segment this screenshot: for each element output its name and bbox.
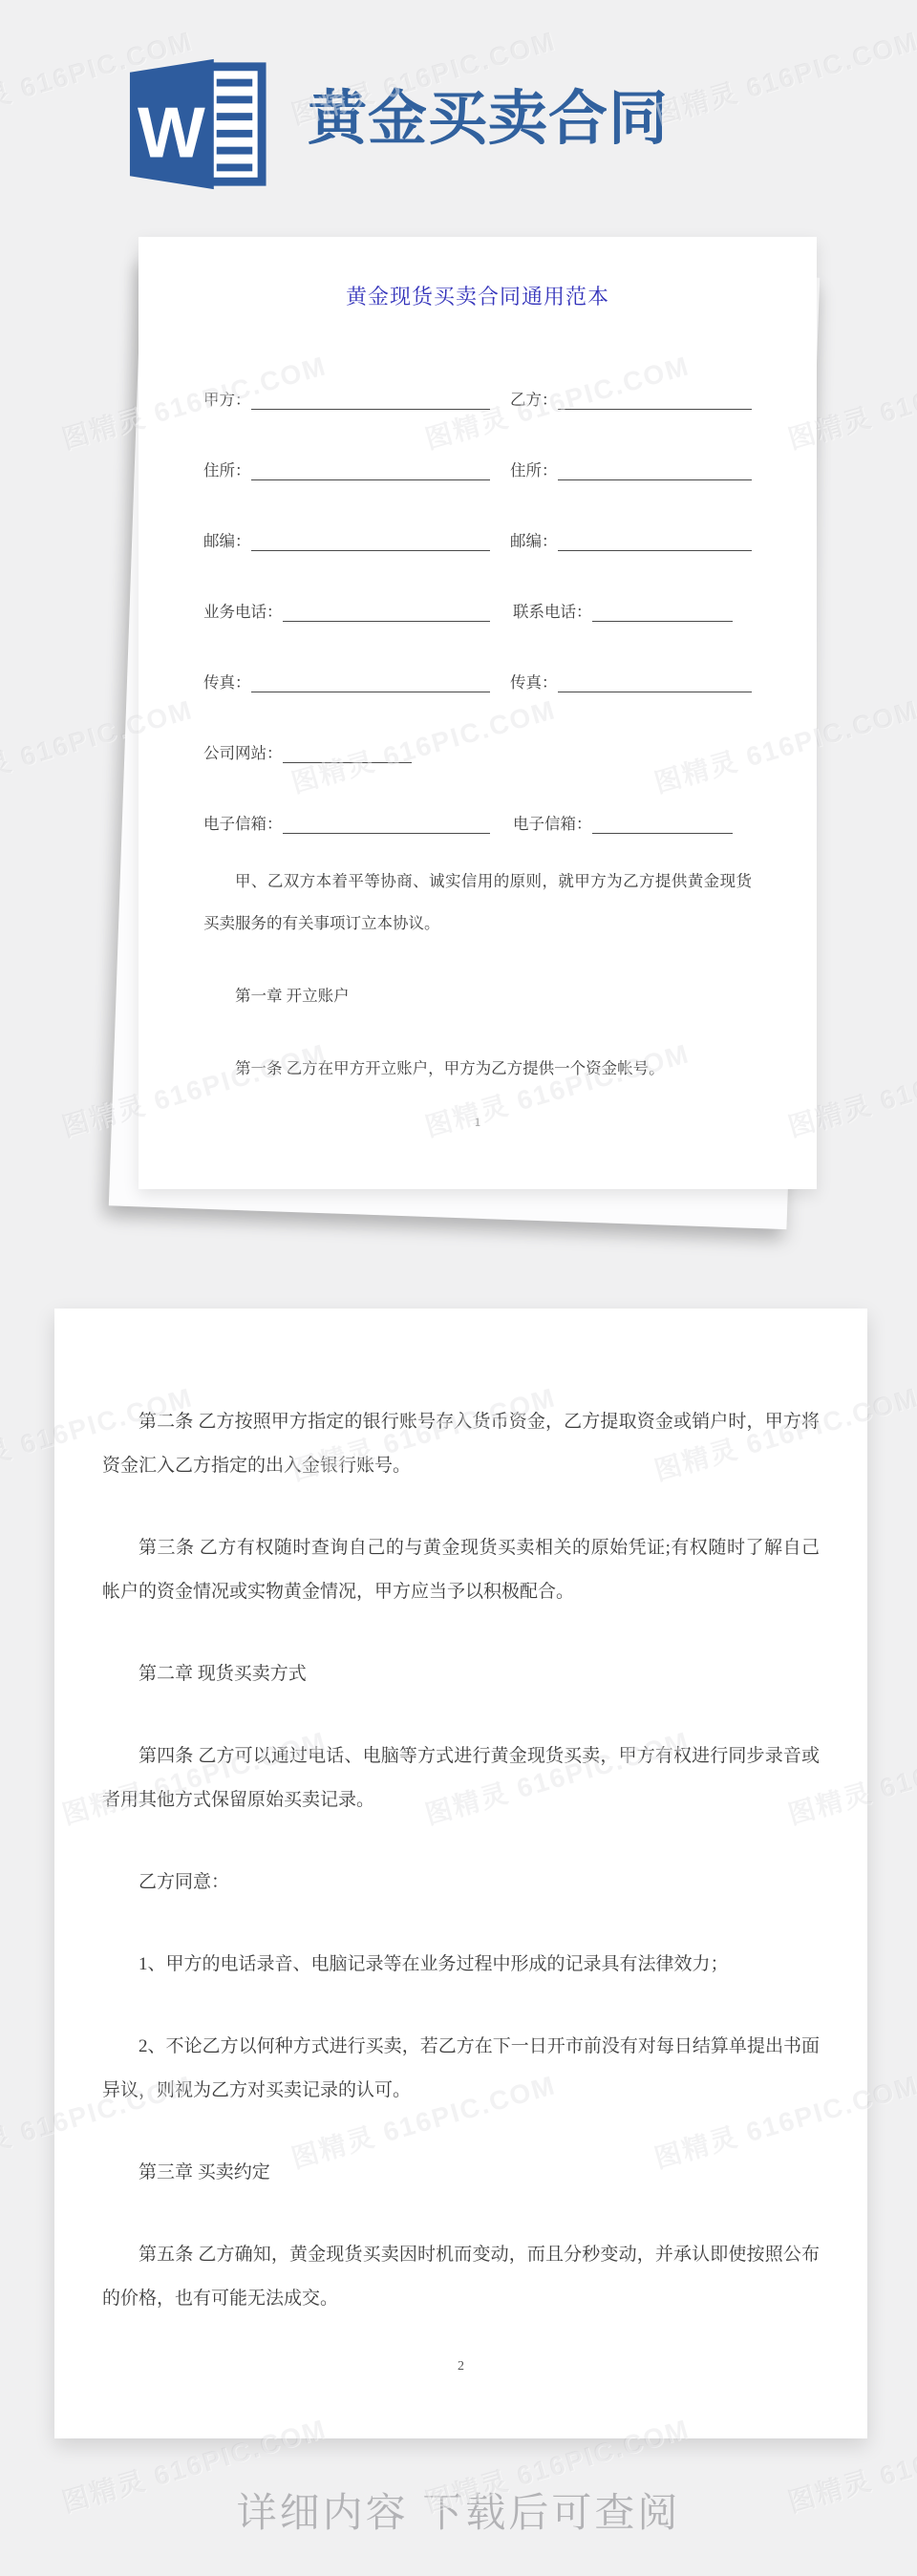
page-2-text: 第二条 乙方按照甲方指定的银行账号存入货币资金，乙方提取资金或销户时，甲方将资金… [102,1309,820,2374]
blank-line [251,672,491,692]
field-label: 住所： [510,461,558,480]
field-label: 公司网站： [203,744,283,763]
word-icon: W [122,53,273,195]
form-row-fax: 传真： 传真： [203,622,752,692]
contract-party-form: 甲方： 乙方： 住所： 住所： 邮编： 邮编： 业务电话： 联系电话： 传真： … [203,339,752,834]
blank-line [251,531,491,551]
form-row-zipcode: 邮编： 邮编： [203,480,752,551]
chapter-2-heading: 第二章 现货买卖方式 [102,1652,820,1696]
blank-line [592,814,734,834]
intro-paragraph: 甲、乙双方本着平等协商、诚实信用的原则，就甲方为乙方提供黄金现货买卖服务的有关事… [203,861,752,945]
preview-footer-note: 详细内容 下载后可查阅 [0,2481,917,2539]
field-label: 电子信箱： [203,815,283,834]
form-row-website: 公司网站： [203,692,752,763]
blank-line [251,390,491,410]
article-4-paragraph: 第四条 乙方可以通过电话、电脑等方式进行黄金现货买卖，甲方有权进行同步录音或者用… [102,1735,820,1822]
article-2-paragraph: 第二条 乙方按照甲方指定的银行账号存入货币资金，乙方提取资金或销户时，甲方将资金… [102,1400,820,1488]
field-label: 联系电话： [513,603,592,622]
blank-line [283,602,491,622]
field-label: 乙方： [510,391,558,410]
form-row-email: 电子信箱： 电子信箱： [203,763,752,834]
form-row-address: 住所： 住所： [203,410,752,480]
document-page-1: 黄金现货买卖合同通用范本 甲方： 乙方： 住所： 住所： 邮编： 邮编： 业务电… [139,237,817,1189]
blank-line [558,672,753,692]
blank-line [251,460,491,480]
list-item-2: 2、不论乙方以何种方式进行买卖，若乙方在下一日开市前没有对每日结算单提出书面异议… [102,2025,820,2113]
chapter-1-heading: 第一章 开立账户 [203,975,752,1017]
article-1-paragraph: 第一条 乙方在甲方开立账户，甲方为乙方提供一个资金帐号。 [203,1048,752,1090]
list-item-1: 1、甲方的电话录音、电脑记录等在业务过程中形成的记录具有法律效力； [102,1943,820,1987]
page-2-sheet: 第二条 乙方按照甲方指定的银行账号存入货币资金，乙方提取资金或销户时，甲方将资金… [54,1309,867,2438]
page-1-sheet: 黄金现货买卖合同通用范本 甲方： 乙方： 住所： 住所： 邮编： 邮编： 业务电… [139,237,817,1189]
blank-line [283,814,491,834]
field-label: 住所： [203,461,251,480]
form-row-party: 甲方： 乙方： [203,339,752,410]
blank-line [592,602,734,622]
page-title: 黄金买卖合同 [308,90,669,149]
field-label: 传真： [510,673,558,692]
chapter-3-heading: 第三章 买卖约定 [102,2151,820,2195]
field-label: 甲方： [203,391,251,410]
watermark-text: 图精灵 616PIC.COM [650,20,917,132]
blank-line [558,390,753,410]
article-3-paragraph: 第三条 乙方有权随时查询自己的与黄金现货买卖相关的原始凭证;有权随时了解自己帐户… [102,1526,820,1614]
page-number-1: 1 [203,1115,752,1130]
field-label: 传真： [203,673,251,692]
page-number-2: 2 [102,2359,820,2374]
document-page-2: 第二条 乙方按照甲方指定的银行账号存入货币资金，乙方提取资金或销户时，甲方将资金… [54,1309,867,2438]
contract-title: 黄金现货买卖合同通用范本 [203,237,752,312]
consent-line: 乙方同意： [102,1861,820,1905]
article-5-paragraph: 第五条 乙方确知，黄金现货买卖因时机而变动，而且分秒变动，并承认即使按照公布的价… [102,2233,820,2321]
field-label: 业务电话： [203,603,283,622]
field-label: 邮编： [510,532,558,551]
field-label: 邮编： [203,532,251,551]
blank-line [558,460,753,480]
blank-line [283,743,412,763]
word-icon-letter: W [138,93,205,173]
field-label: 电子信箱： [513,815,592,834]
blank-line [558,531,753,551]
form-row-phone: 业务电话： 联系电话： [203,551,752,622]
